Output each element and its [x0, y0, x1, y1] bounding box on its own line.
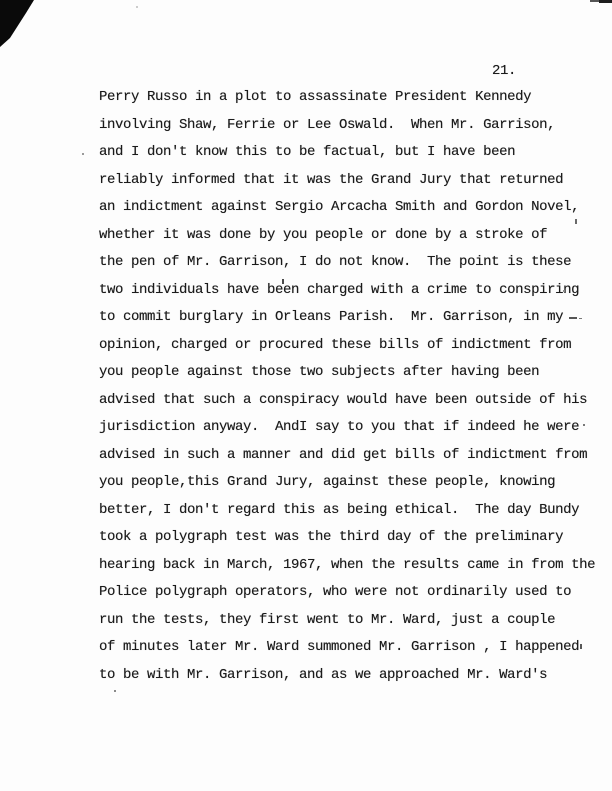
text-line: advised in such a manner and did get bil… — [99, 442, 604, 470]
page-number: 21. — [492, 63, 516, 79]
text-line: an indictment against Sergio Arcacha Smi… — [99, 194, 604, 222]
scan-speck-artifact — [575, 219, 577, 224]
text-line: better, I don't regard this as being eth… — [99, 497, 604, 525]
text-line: took a polygraph test was the third day … — [99, 524, 604, 552]
document-text: Perry Russo in a plot to assassinate Pre… — [99, 84, 604, 689]
text-line: two individuals have been charged with a… — [99, 277, 604, 305]
scan-speck-artifact — [580, 644, 582, 649]
document-page: 21. Perry Russo in a plot to assassinate… — [0, 0, 612, 791]
scan-speck-artifact — [114, 690, 116, 692]
text-line: you people against those two subjects af… — [99, 359, 604, 387]
scan-speck-artifact — [82, 153, 84, 155]
scan-corner-fold-artifact — [0, 0, 36, 48]
scan-speck-artifact — [563, 290, 565, 292]
text-line: you people,this Grand Jury, against thes… — [99, 469, 604, 497]
scan-edge-smudge-artifact — [590, 0, 599, 2]
text-line: whether it was done by you people or don… — [99, 222, 604, 250]
text-line: of minutes later Mr. Ward summoned Mr. G… — [99, 634, 604, 662]
text-line: Perry Russo in a plot to assassinate Pre… — [99, 84, 604, 112]
text-line: Police polygraph operators, who were not… — [99, 579, 604, 607]
text-line: to commit burglary in Orleans Parish. Mr… — [99, 304, 604, 332]
scan-speck-artifact — [282, 279, 284, 284]
scan-speck-artifact — [579, 318, 582, 319]
scan-edge-smudge-artifact — [599, 0, 612, 3]
text-line: run the tests, they first went to Mr. Wa… — [99, 607, 604, 635]
text-line: hearing back in March, 1967, when the re… — [99, 552, 604, 580]
text-line: jurisdiction anyway. AndI say to you tha… — [99, 414, 604, 442]
text-line: and I don't know this to be factual, but… — [99, 139, 604, 167]
text-line: reliably informed that it was the Grand … — [99, 167, 604, 195]
scan-speck-artifact — [136, 6, 138, 8]
text-line: to be with Mr. Garrison, and as we appro… — [99, 662, 604, 690]
scan-speck-artifact — [569, 317, 577, 319]
scan-speck-artifact — [583, 424, 585, 426]
text-line: involving Shaw, Ferrie or Lee Oswald. Wh… — [99, 112, 604, 140]
text-line: the pen of Mr. Garrison, I do not know. … — [99, 249, 604, 277]
text-line: opinion, charged or procured these bills… — [99, 332, 604, 360]
text-line: advised that such a conspiracy would hav… — [99, 387, 604, 415]
